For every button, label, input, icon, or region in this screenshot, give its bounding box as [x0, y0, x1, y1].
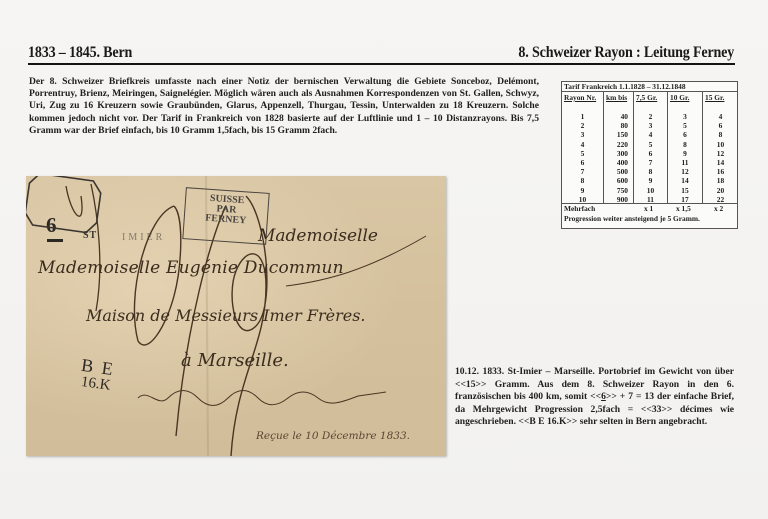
table-cell: 4 — [703, 112, 738, 121]
table-cell: 3 — [634, 121, 667, 130]
table-cell: 150 — [604, 130, 633, 139]
table-cell: 7 — [562, 167, 603, 176]
column-15-gr: 15 Gr. 4 6 8 10 12 14 16 18 20 22 — [703, 92, 738, 203]
table-cell: 6 — [668, 130, 702, 139]
table-cell: 1 — [562, 112, 603, 121]
table-cell: 600 — [604, 176, 633, 185]
table-cell: 5 — [668, 121, 702, 130]
table-cell: 750 — [604, 186, 633, 195]
table-cell: 5 — [634, 140, 667, 149]
table-cell: 10 — [703, 140, 738, 149]
table-cell: 900 — [604, 195, 633, 204]
table-cell: 15 — [668, 186, 702, 195]
tariff-table-title: Tarif Frankreich 1.1.1828 – 31.12.1848 — [562, 82, 737, 92]
address-line-recipient: Mademoiselle Eugénie Ducommun — [38, 258, 344, 278]
column-header: Rayon Nr. — [562, 92, 603, 104]
received-docket: Reçue le 10 Décembre 1833. — [256, 430, 410, 442]
table-cell: 20 — [703, 186, 738, 195]
address-line-city: à Marseille. — [181, 350, 289, 371]
be-stamp-frame — [26, 176, 103, 235]
table-cell: 7 — [634, 158, 667, 167]
column-header: 15 Gr. — [703, 92, 738, 104]
table-cell: 9 — [562, 186, 603, 195]
multiplier-value: x 1,5 — [676, 204, 691, 214]
table-cell: 400 — [604, 158, 633, 167]
rate-mark-underline — [47, 239, 63, 242]
table-cell: 6 — [562, 158, 603, 167]
table-cell: 11 — [668, 158, 702, 167]
table-cell: 12 — [668, 167, 702, 176]
tariff-table-grid: Rayon Nr. 1 2 3 4 5 6 7 8 9 10 km bis 40 — [562, 92, 737, 204]
table-cell: 6 — [703, 121, 738, 130]
table-cell: 18 — [703, 176, 738, 185]
table-cell: 3 — [668, 112, 702, 121]
table-cell: 4 — [562, 140, 603, 149]
table-cell: 10 — [634, 186, 667, 195]
table-cell: 8 — [703, 130, 738, 139]
table-cell: 40 — [604, 112, 633, 121]
album-page: 1833 – 1845. Bern 8. Schweizer Rayon : L… — [0, 0, 768, 519]
table-cell: 500 — [604, 167, 633, 176]
tariff-table: Tarif Frankreich 1.1.1828 – 31.12.1848 R… — [561, 81, 738, 229]
page-title-period: 1833 – 1845. Bern — [28, 44, 132, 62]
cover-description: 10.12. 1833. St-Imier – Marseille. Porto… — [455, 366, 734, 429]
origin-mark-imier: IMIER — [122, 232, 165, 243]
suisse-par-ferney-stamp: SUISSE PAR FERNEY — [182, 187, 269, 245]
table-cell: 2 — [634, 112, 667, 121]
table-cell: 12 — [703, 149, 738, 158]
table-cell: 17 — [668, 195, 702, 204]
column-km: km bis 40 80 150 220 300 400 500 600 750… — [604, 92, 634, 203]
table-cell: 9 — [668, 149, 702, 158]
progression-note: Progression weiter ansteigend je 5 Gramm… — [562, 214, 737, 224]
table-cell: 2 — [562, 121, 603, 130]
table-cell: 10 — [562, 195, 603, 204]
table-cell: 8 — [562, 176, 603, 185]
multiplier-row: Mehrfach x 1 x 1,5 x 2 — [562, 204, 737, 214]
column-header: 7,5 Gr. — [634, 92, 667, 104]
table-cell: 14 — [668, 176, 702, 185]
page-title-route: 8. Schweizer Rayon : Leitung Ferney — [518, 44, 734, 62]
address-line-house: Maison de Messieurs Imer Frères. — [86, 306, 366, 325]
table-cell: 5 — [562, 149, 603, 158]
multiplier-value: x 1 — [644, 204, 653, 214]
column-7-5-gr: 7,5 Gr. 2 3 4 5 6 7 8 9 10 11 — [634, 92, 668, 203]
column-10-gr: 10 Gr. 3 5 6 8 9 11 12 14 15 17 — [668, 92, 703, 203]
intro-paragraph: Der 8. Schweizer Briefkreis umfasste nac… — [29, 76, 539, 137]
table-cell: 14 — [703, 158, 738, 167]
table-cell: 22 — [703, 195, 738, 204]
table-cell: 80 — [604, 121, 633, 130]
table-cell: 6 — [634, 149, 667, 158]
letter-cover-image: 6 ST IMIER SUISSE PAR FERNEY B E 16.K Ma… — [26, 176, 446, 456]
multiplier-label: Mehrfach — [564, 204, 595, 214]
table-cell: 220 — [604, 140, 633, 149]
address-line-salutation: Mademoiselle — [258, 226, 378, 246]
column-header: 10 Gr. — [668, 92, 702, 104]
table-cell: 11 — [634, 195, 667, 204]
table-cell: 4 — [634, 130, 667, 139]
column-rayon: Rayon Nr. 1 2 3 4 5 6 7 8 9 10 — [562, 92, 604, 203]
table-cell: 300 — [604, 149, 633, 158]
header-divider — [28, 63, 735, 65]
table-cell: 8 — [668, 140, 702, 149]
column-header: km bis — [604, 92, 633, 104]
table-cell: 9 — [634, 176, 667, 185]
table-cell: 8 — [634, 167, 667, 176]
multiplier-value: x 2 — [714, 204, 723, 214]
table-cell: 16 — [703, 167, 738, 176]
table-cell: 3 — [562, 130, 603, 139]
